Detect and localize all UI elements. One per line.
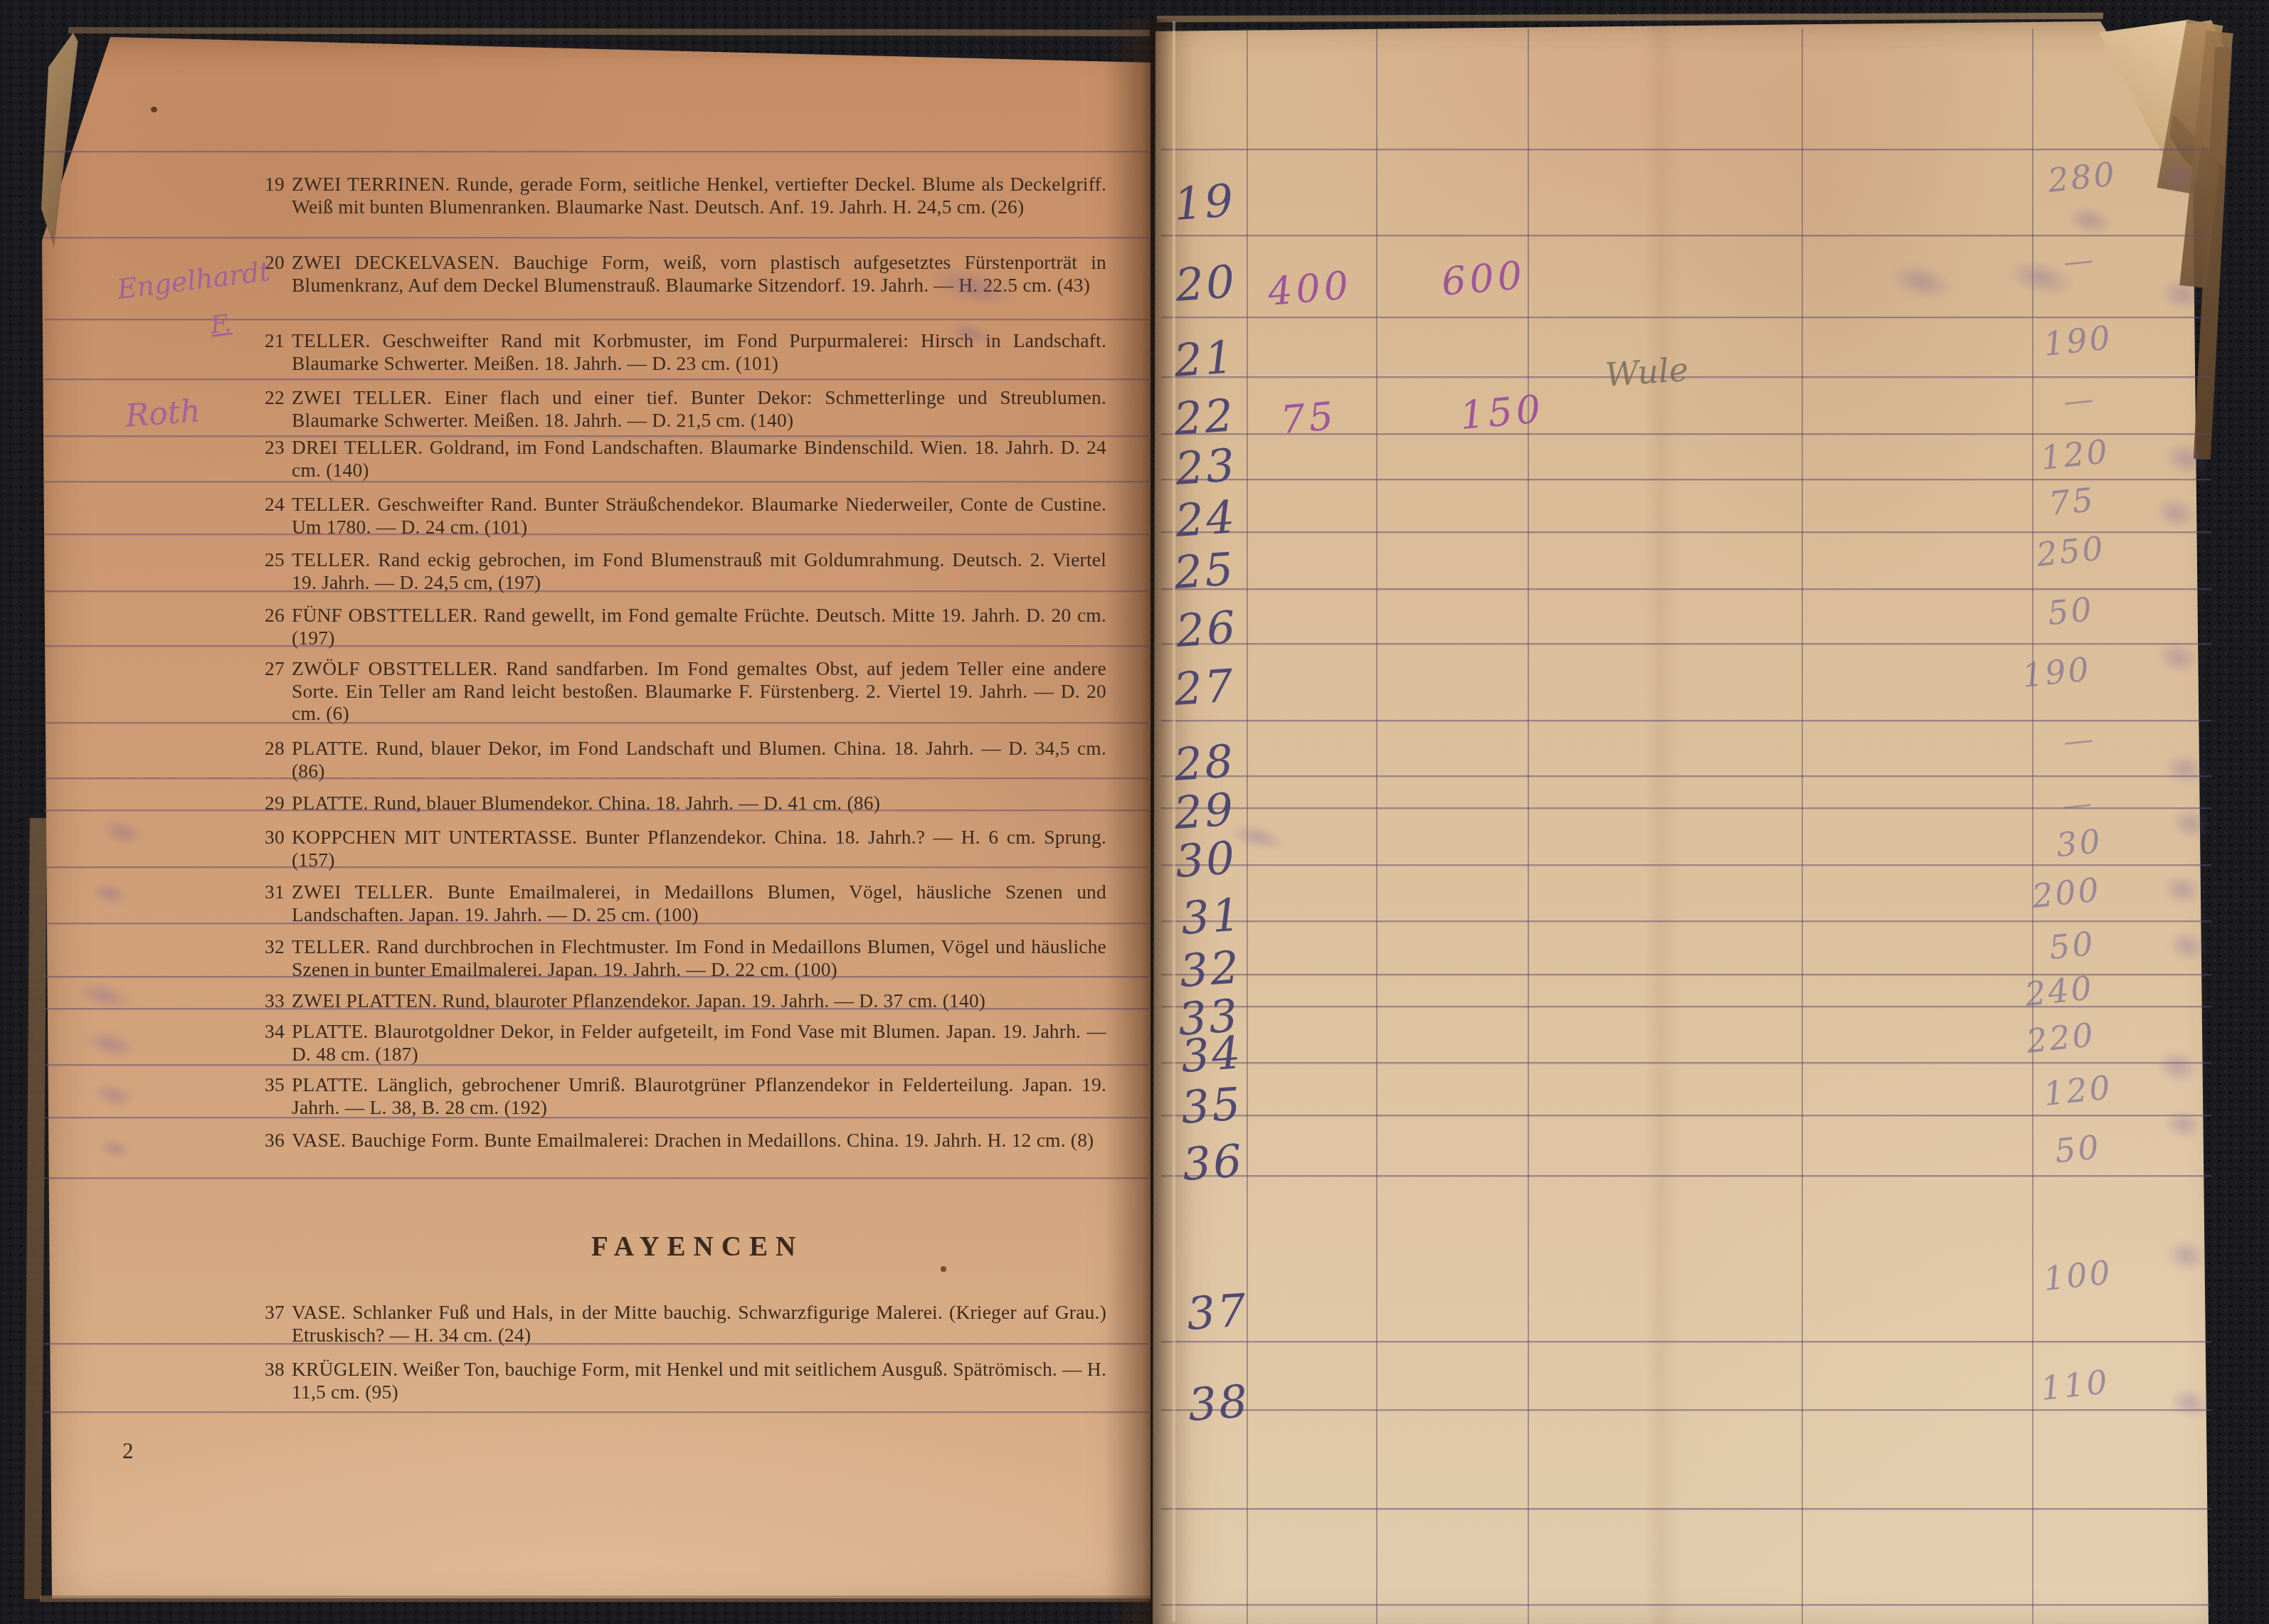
catalog-entry-number: 38: [252, 1358, 285, 1381]
catalog-entry-text: PLATTE. Länglich, gebrochener Umriß. Bla…: [292, 1073, 1106, 1118]
catalog-entry-text: KRÜGLEIN. Weißer Ton, bauchige Form, mit…: [292, 1358, 1106, 1403]
ledger-lot-number: 19: [1173, 174, 1237, 230]
ledger-price-col1: 400: [1266, 262, 1353, 314]
ledger-price-right: 280: [2046, 154, 2118, 200]
ledger-price-col2: 150: [1458, 386, 1545, 438]
ledger-price-right: 110: [2038, 1362, 2111, 1408]
ruled-line: [1161, 235, 2211, 236]
ledger-lot-number: 27: [1173, 659, 1237, 716]
ruled-line: [44, 1411, 1148, 1413]
ruled-line: [1161, 1175, 2211, 1177]
catalog-entry-text: FÜNF OBSTTELLER. Rand gewellt, im Fond g…: [292, 604, 1106, 649]
catalog-entry-number: 26: [252, 604, 285, 627]
catalog-entry: 26 FÜNF OBSTTELLER. Rand gewellt, im Fon…: [292, 604, 1106, 649]
ruled-line: [1161, 149, 2211, 150]
ruled-line: [1161, 720, 2211, 721]
catalog-entry-number: 24: [252, 493, 285, 516]
catalog-entry-number: 25: [252, 548, 285, 571]
catalog-entry-text: TELLER. Rand eckig gebrochen, im Fond Bl…: [292, 548, 1106, 593]
ledger-price-right: 120: [2038, 432, 2111, 477]
catalog-entry-number: 33: [252, 989, 285, 1012]
catalog-entry-text: ZWEI PLATTEN. Rund, blauroter Pflanzende…: [292, 989, 985, 1012]
page-gutter-edge: [1173, 21, 1175, 1622]
ledger-price-right: —: [2062, 381, 2095, 419]
ledger-price-right: 200: [2030, 870, 2103, 916]
catalog-entry: 35 PLATTE. Länglich, gebrochener Umriß. …: [292, 1073, 1106, 1118]
ledger-lot-number: 20: [1174, 255, 1239, 312]
catalog-entry-text: TELLER. Geschweifter Rand. Bunter Sträuß…: [292, 493, 1106, 538]
catalog-entry-text: VASE. Schlanker Fuß und Hals, in der Mit…: [292, 1301, 1106, 1346]
ledger-lot-number: 32: [1178, 941, 1243, 997]
ruled-line: [44, 151, 1148, 152]
catalog-entry-number: 29: [252, 792, 285, 814]
ledger-price-right: 30: [2054, 822, 2104, 864]
ledger-price-right: 190: [2020, 649, 2093, 695]
ledger-column-line: [1376, 28, 1377, 1624]
catalog-entry-number: 21: [252, 329, 285, 352]
ledger-price-right: 50: [2053, 1127, 2103, 1170]
catalog-entry-text: PLATTE. Rund, blauer Dekor, im Fond Land…: [292, 737, 1106, 782]
ruled-line: [1161, 1062, 2211, 1063]
ruled-line: [1161, 643, 2211, 644]
ruled-line: [1161, 807, 2211, 809]
ledger-price-right: 100: [2041, 1253, 2114, 1298]
ledger-price-right: 120: [2041, 1068, 2114, 1113]
catalog-entry: 36 VASE. Bauchige Form. Bunte Emailmaler…: [292, 1129, 1106, 1152]
ledger-lot-number: 35: [1180, 1078, 1244, 1134]
catalog-entry-number: 30: [252, 826, 285, 849]
catalog-entry: 29 PLATTE. Rund, blauer Blumendekor. Chi…: [292, 792, 1106, 814]
catalog-entry: 31 ZWEI TELLER. Bunte Emailmalerei, in M…: [292, 881, 1106, 925]
catalog-entry-number: 27: [252, 657, 285, 680]
catalog-entry-number: 31: [252, 881, 285, 903]
ruled-line: [1161, 920, 2211, 922]
ledger-price-right: 75: [2047, 480, 2097, 523]
catalog-entry: 22 ZWEI TELLER. Einer flach und einer ti…: [292, 386, 1106, 431]
ruled-line: [44, 1177, 1148, 1179]
catalog-entry-number: 32: [252, 935, 285, 958]
ledger-note: Wule: [1604, 350, 1689, 394]
ledger-lot-number: 21: [1173, 331, 1237, 387]
ledger-lot-number: 36: [1181, 1135, 1246, 1191]
paper-speck: [941, 1266, 946, 1272]
catalog-entry-text: VASE. Bauchige Form. Bunte Emailmalerei:…: [292, 1129, 1094, 1151]
catalog-entry: 27 ZWÖLF OBSTTELLER. Rand sandfarben. Im…: [292, 657, 1106, 725]
catalog-entry-text: ZWEI TERRINEN. Runde, gerade Form, seitl…: [292, 173, 1106, 218]
ruled-line: [1161, 1508, 2211, 1509]
ruled-line: [1161, 479, 2211, 480]
cover-spine-edge: [24, 818, 47, 1599]
catalog-entry-number: 28: [252, 737, 285, 760]
catalog-entry: 25 TELLER. Rand eckig gebrochen, im Fond…: [292, 548, 1106, 593]
catalog-entry-text: ZWÖLF OBSTTELLER. Rand sandfarben. Im Fo…: [292, 657, 1106, 724]
catalog-entry: 34 PLATTE. Blaurotgoldner Dekor, in Feld…: [292, 1020, 1106, 1065]
ledger-price-right: 220: [2024, 1015, 2097, 1061]
ledger-book-scan: 19 ZWEI TERRINEN. Runde, gerade Form, se…: [0, 0, 2269, 1624]
ruled-line: [44, 481, 1148, 482]
ledger-price-right: 240: [2023, 968, 2095, 1014]
catalog-entry-text: PLATTE. Rund, blauer Blumendekor. China.…: [292, 792, 880, 814]
catalog-entry-text: TELLER. Rand durchbrochen in Flechtmuste…: [292, 935, 1106, 980]
ledger-price-right: 50: [2047, 924, 2097, 967]
ledger-lot-number: 26: [1175, 601, 1239, 657]
ledger-lot-number: 34: [1180, 1026, 1244, 1083]
ledger-price-col2: 600: [1439, 253, 1527, 304]
ledger-column-line: [1802, 28, 1803, 1624]
catalog-entry-number: 37: [252, 1301, 285, 1324]
catalog-entry-number: 36: [252, 1129, 285, 1152]
page-top-edge: [1157, 13, 2103, 23]
page-number: 2: [122, 1438, 134, 1464]
ledger-price-right: 190: [2041, 318, 2114, 363]
ruled-line: [44, 237, 1148, 238]
catalog-entry-text: KOPPCHEN MIT UNTERTASSE. Bunter Pflanzen…: [292, 826, 1106, 871]
ledger-price-right: —: [2062, 721, 2095, 759]
catalog-entry-text: PLATTE. Blaurotgoldner Dekor, in Felder …: [292, 1020, 1106, 1065]
ruled-line: [1161, 1341, 2211, 1342]
catalog-entry: 24 TELLER. Geschweifter Rand. Bunter Str…: [292, 493, 1106, 538]
catalog-entry-number: 22: [252, 386, 285, 409]
catalog-entry-text: DREI TELLER. Goldrand, im Fond Landschaf…: [292, 436, 1106, 481]
margin-annotation-roth: Roth: [124, 393, 201, 434]
catalog-entry-number: 23: [252, 436, 285, 459]
catalog-entry-text: ZWEI TELLER. Bunte Emailmalerei, in Meda…: [292, 881, 1106, 925]
ledger-lot-number: 37: [1185, 1284, 1250, 1340]
ruled-line: [1161, 1115, 2211, 1116]
ruled-line: [1161, 864, 2211, 866]
catalog-entry: 37 VASE. Schlanker Fuß und Hals, in der …: [292, 1301, 1106, 1346]
ruled-line: [1161, 588, 2211, 590]
ledger-lot-number: 30: [1174, 832, 1239, 888]
catalog-entry: 28 PLATTE. Rund, blauer Dekor, im Fond L…: [292, 737, 1106, 782]
ledger-price-right: —: [2061, 785, 2094, 823]
ledger-lot-number: 38: [1187, 1375, 1252, 1431]
ledger-column-line: [1528, 28, 1529, 1624]
ledger-lot-number: 25: [1173, 543, 1237, 599]
catalog-entry-number: 35: [252, 1073, 285, 1096]
ruled-line: [1161, 317, 2211, 318]
ledger-lot-number: 31: [1180, 888, 1244, 945]
paper-speck: [151, 107, 157, 112]
ruled-line: [44, 378, 1148, 380]
ledger-price-right: 50: [2046, 590, 2095, 632]
ledger-lot-number: 24: [1174, 491, 1239, 547]
catalog-entry: 32 TELLER. Rand durchbrochen in Flechtmu…: [292, 935, 1106, 980]
ledger-lot-number: 23: [1174, 439, 1239, 495]
ledger-price-col1: 75: [1279, 393, 1338, 443]
ledger-lot-number: 28: [1173, 735, 1237, 791]
ledger-price-right: 250: [2034, 529, 2107, 574]
catalog-entry-number: 19: [252, 173, 285, 196]
ruled-line: [1161, 1409, 2211, 1411]
ruled-line: [1161, 531, 2211, 533]
ruled-line: [1161, 1604, 2211, 1606]
catalog-entry-text: ZWEI TELLER. Einer flach und einer tief.…: [292, 386, 1106, 431]
catalog-entry: 38 KRÜGLEIN. Weißer Ton, bauchige Form, …: [292, 1358, 1106, 1403]
catalog-entry: 33 ZWEI PLATTEN. Rund, blauroter Pflanze…: [292, 989, 1106, 1012]
ledger-lot-number: 22: [1173, 389, 1237, 445]
ruled-line: [1161, 775, 2211, 777]
catalog-entry: 30 KOPPCHEN MIT UNTERTASSE. Bunter Pflan…: [292, 826, 1106, 871]
catalog-entry: 23 DREI TELLER. Goldrand, im Fond Landsc…: [292, 436, 1106, 481]
catalog-entry: 19 ZWEI TERRINEN. Runde, gerade Form, se…: [292, 173, 1106, 218]
page-bottom-edge: [40, 1596, 1150, 1602]
section-heading: FAYENCEN: [484, 1231, 911, 1263]
catalog-entry-number: 34: [252, 1020, 285, 1043]
page-top-edge: [68, 27, 1150, 36]
margin-annotation-engelhardt-sub: F.: [209, 309, 233, 339]
